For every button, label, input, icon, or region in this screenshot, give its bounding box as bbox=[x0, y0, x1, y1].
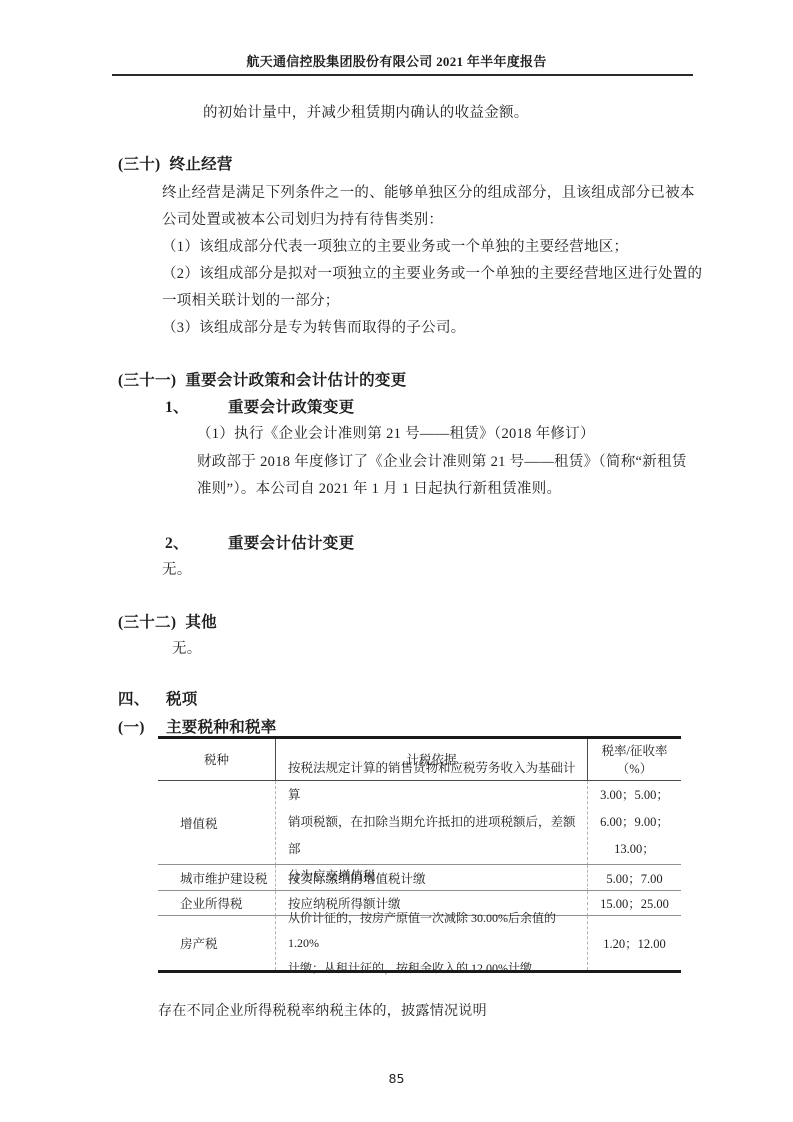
body-line: （2）该组成部分是拟对一项独立的主要业务或一个单独的主要经营地区进行处置的 bbox=[162, 266, 702, 283]
body-line: （1）该组成部分代表一项独立的主要业务或一个单独的主要经营地区； bbox=[162, 239, 628, 256]
table-header-rate: 税率/征收率 （%） bbox=[588, 739, 681, 781]
tax-rate-cell: 1.20；12.00 bbox=[588, 916, 681, 970]
rate-line: 3.00；5.00； bbox=[600, 782, 669, 809]
item-1-number: 1、 bbox=[165, 399, 189, 417]
tax-rate-cell: 5.00；7.00 bbox=[588, 865, 681, 891]
section-4-1-number: (一) bbox=[118, 719, 145, 737]
body-line: 准则”）。本公司自 2021 年 1 月 1 日起执行新租赁准则。 bbox=[197, 481, 561, 498]
item-1-title: 重要会计政策变更 bbox=[228, 399, 354, 417]
tax-name-cell: 城市维护建设税 bbox=[158, 865, 276, 891]
item-2-number: 2、 bbox=[165, 535, 189, 553]
section-31-title: 重要会计政策和会计估计的变更 bbox=[185, 372, 406, 389]
body-line: 一项相关联计划的一部分； bbox=[162, 293, 340, 310]
tax-basis-cell: 按税法规定计算的销售货物和应税劳务收入为基础计算 销项税额，在扣除当期允许抵扣的… bbox=[276, 781, 588, 865]
table-header-rate-line2: （%） bbox=[617, 760, 652, 778]
basis-line: 销项税额，在扣除当期允许抵扣的进项税额后，差额部 bbox=[288, 809, 583, 863]
rate-line: 13.00； bbox=[614, 836, 655, 863]
body-line: （3）该组成部分是专为转售而取得的子公司。 bbox=[162, 320, 466, 337]
section-32-content: 无。 bbox=[172, 641, 202, 658]
disclosure-note: 存在不同企业所得税税率纳税主体的，披露情况说明 bbox=[158, 1004, 487, 1020]
section-30-heading: (三十)终止经营 bbox=[118, 156, 233, 174]
section-30-label: (三十) bbox=[118, 156, 161, 173]
document-page: 航天通信控股集团股份有限公司 2021 年半年度报告 的初始计量中，并减少租赁期… bbox=[0, 0, 793, 1122]
tax-rate-cell: 3.00；5.00； 6.00；9.00； 13.00； bbox=[588, 781, 681, 865]
tax-basis-cell: 按实际缴纳的增值税计缴 bbox=[276, 865, 588, 891]
body-line: 财政部于 2018 年度修订了《企业会计准则第 21 号——租赁》（简称“新租赁 bbox=[197, 454, 687, 471]
section-31-heading: (三十一)重要会计政策和会计估计的变更 bbox=[118, 372, 407, 390]
section-32-title: 其他 bbox=[185, 614, 217, 631]
body-line: 终止经营是满足下列条件之一的、能够单独区分的组成部分，且该组成部分已被本 bbox=[162, 185, 695, 202]
basis-line: 从价计征的，按房产原值一次减除 30.00%后余值的 1.20% bbox=[288, 906, 583, 956]
header-rule bbox=[112, 74, 693, 76]
rate-line: 6.00；9.00； bbox=[600, 809, 669, 836]
intro-line: 的初始计量中，并减少租赁期内确认的收益金额。 bbox=[203, 105, 529, 122]
tax-name-cell: 增值税 bbox=[158, 781, 276, 865]
item-2-content: 无。 bbox=[162, 562, 192, 579]
section-4-1-title: 主要税种和税率 bbox=[166, 719, 277, 737]
item-2-title: 重要会计估计变更 bbox=[228, 535, 354, 553]
section-4-title: 税项 bbox=[166, 691, 198, 709]
tax-table: 税种 计税依据 税率/征收率 （%） 增值税 按税法规定计算的销售货物和应税劳务… bbox=[158, 736, 681, 973]
basis-line: 计缴；从租计征的，按租金收入的 12.00%计缴 bbox=[288, 956, 583, 981]
section-31-label: (三十一) bbox=[118, 372, 176, 389]
body-line: （1）执行《企业会计准则第 21 号——租赁》（2018 年修订） bbox=[197, 426, 595, 443]
section-32-heading: (三十二)其他 bbox=[118, 614, 217, 632]
tax-basis-cell: 从价计征的，按房产原值一次减除 30.00%后余值的 1.20% 计缴；从租计征… bbox=[276, 916, 588, 970]
tax-name-cell: 企业所得税 bbox=[158, 891, 276, 916]
body-line: 公司处置或被本公司划归为持有待售类别： bbox=[162, 212, 443, 229]
page-number: 85 bbox=[0, 1072, 793, 1086]
tax-name-cell: 房产税 bbox=[158, 916, 276, 970]
basis-line: 按税法规定计算的销售货物和应税劳务收入为基础计算 bbox=[288, 755, 583, 809]
section-32-label: (三十二) bbox=[118, 614, 176, 631]
section-4-number: 四、 bbox=[118, 691, 150, 709]
page-header-title: 航天通信控股集团股份有限公司 2021 年半年度报告 bbox=[0, 55, 793, 70]
table-header-rate-line1: 税率/征收率 bbox=[602, 742, 668, 760]
section-30-title: 终止经营 bbox=[170, 156, 233, 173]
tax-rate-cell: 15.00；25.00 bbox=[588, 891, 681, 916]
table-header-tax: 税种 bbox=[158, 739, 276, 781]
